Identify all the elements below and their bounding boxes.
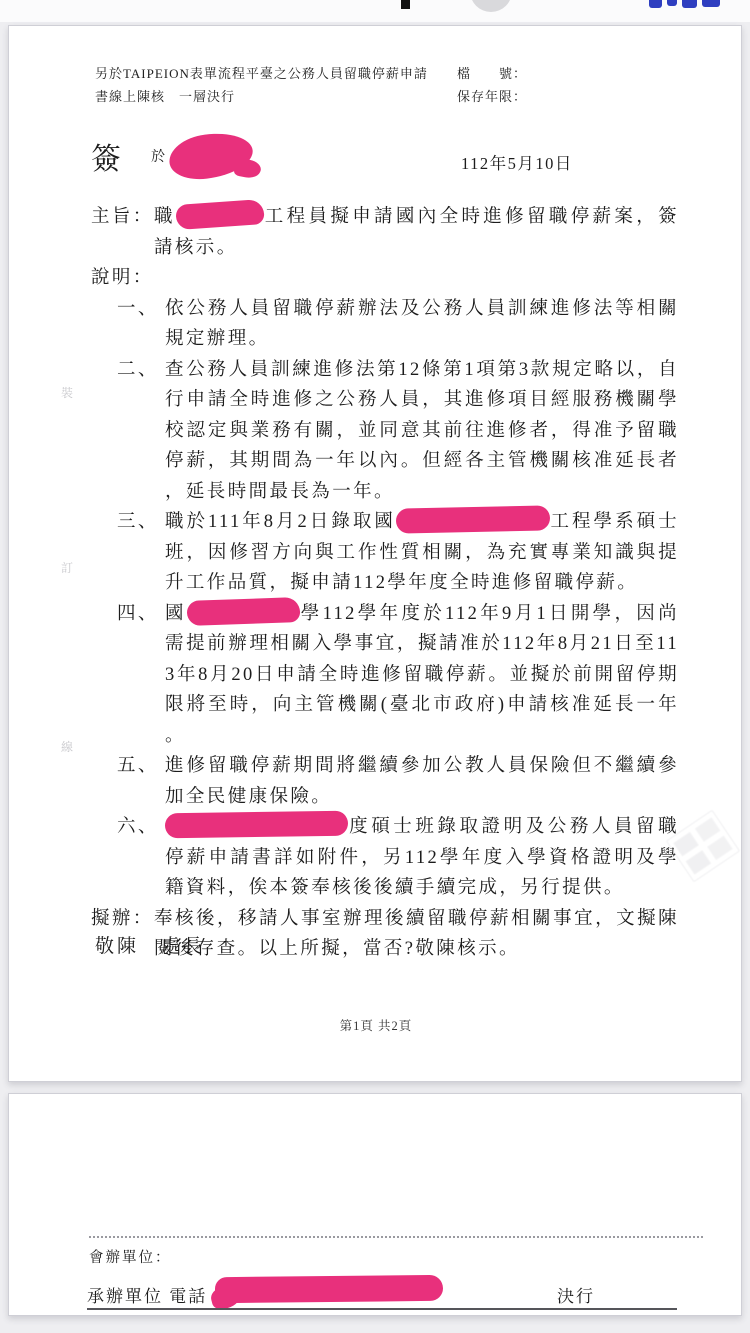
subject-text: 職工程員擬申請國內全時進修留職停薪案，簽請核示。 <box>154 202 679 263</box>
item-text: 依公務人員留職停薪辦法及公務人員訓練進修法等相關規定辦理。 <box>165 294 679 355</box>
redaction-blob-school <box>396 505 550 533</box>
doc-date: 112年5月10日 <box>461 150 573 174</box>
list-item: 五、 進修留職停薪期間將繼續參加公教人員保險但不繼續參加全民健康保險。 <box>117 751 679 812</box>
list-item: 四、 國學112學年度於112年9月1日開學，因尚需提前辦理相關入學事宜，擬請准… <box>117 599 679 752</box>
item-text: 查公務人員訓練進修法第12條第1項第3款規定略以，自行申請全時進修之公務人員，其… <box>165 355 679 508</box>
item-text-pre: 國 <box>165 604 187 624</box>
item-number: 一、 <box>117 294 165 355</box>
retention-period-label: 保存年限： <box>457 85 527 108</box>
header-file-fields: 檔 號： 保存年限： <box>457 62 527 108</box>
item-number: 四、 <box>117 599 165 752</box>
redaction-blob-name <box>175 199 265 230</box>
list-item: 二、 查公務人員訓練進修法第12條第1項第3款規定略以，自行申請全時進修之公務人… <box>117 355 679 508</box>
respectfully-submitted-line: 敬陳 處長 <box>95 931 205 958</box>
item-text: 職於111年8月2日錄取國工程學系碩士班，因修習方向與工作性質相關，為充實專業知… <box>165 507 679 599</box>
item-text: 進修留職停薪期間將繼續參加公教人員保險但不繼續參加全民健康保險。 <box>165 751 679 812</box>
item-text-post: 學112學年度於112年9月1日開學，因尚需提前辦理相關入學事宜，擬請准於112… <box>165 604 679 746</box>
list-item: 六、 度碩士班錄取證明及公務人員留職停薪申請書詳如附件，另112學年度入學資格證… <box>117 812 679 904</box>
item-number: 六、 <box>117 812 165 904</box>
clipped-glyph-fragment <box>401 0 410 9</box>
co-organizer-label: 會辦單位： <box>89 1246 172 1267</box>
subject-text-pre: 職 <box>154 207 176 227</box>
handling-unit-label: 承辦單位 電話 <box>87 1287 207 1306</box>
doc-type-title: 簽 <box>91 143 127 176</box>
list-item: 一、 依公務人員留職停薪辦法及公務人員訓練進修法等相關規定辦理。 <box>117 294 679 355</box>
redaction-blob-signer <box>167 129 256 183</box>
item-text: 度碩士班錄取證明及公務人員留職停薪申請書詳如附件，另112學年度入學資格證明及學… <box>165 812 679 904</box>
list-item: 三、 職於111年8月2日錄取國工程學系碩士班，因修習方向與工作性質相關，為充實… <box>117 507 679 599</box>
subject-label: 主旨： <box>91 202 154 263</box>
explanation-items: 一、 依公務人員留職停薪辦法及公務人員訓練進修法等相關規定辦理。 二、 查公務人… <box>117 294 679 904</box>
item-text: 國學112學年度於112年9月1日開學，因尚需提前辦理相關入學事宜，擬請准於11… <box>165 599 679 752</box>
item-text-pre: 職於111年8月2日錄取國 <box>165 512 396 532</box>
header-note-line2: 書線上陳核 一層決行 <box>95 85 428 108</box>
at-label: 於 <box>151 146 165 166</box>
item-number: 五、 <box>117 751 165 812</box>
redaction-blob-university <box>186 597 300 626</box>
binding-margin-mark: 訂 <box>61 559 73 576</box>
document-page-2: 會辦單位： 承辦單位 電話 決行 <box>8 1093 742 1316</box>
proposal-text: 奉核後，移請人事室辦理後續留職停薪相關事宜，文擬陳閱後存查。以上所擬，當否?敬陳… <box>154 904 679 965</box>
binding-margin-mark: 裝 <box>61 384 73 401</box>
clipped-circle-icon <box>470 0 512 12</box>
header-note-line1: 另於TAIPEION表單流程平臺之公務人員留職停薪申請 <box>95 62 428 85</box>
signature-line <box>87 1308 677 1310</box>
clipped-blue-text-fragment <box>649 0 720 9</box>
clipped-toolbar-strip <box>0 0 750 22</box>
document-page-1: 另於TAIPEION表單流程平臺之公務人員留職停薪申請 書線上陳核 一層決行 檔… <box>8 25 742 1082</box>
binding-margin-mark: 線 <box>61 738 73 755</box>
item-number: 二、 <box>117 355 165 508</box>
redaction-blob-program <box>165 811 348 839</box>
item-number: 三、 <box>117 507 165 599</box>
file-number-label: 檔 號： <box>457 62 527 85</box>
header-workflow-note: 另於TAIPEION表單流程平臺之公務人員留職停薪申請 書線上陳核 一層決行 <box>95 62 428 108</box>
document-body: 主旨： 職工程員擬申請國內全時進修留職停薪案，簽請核示。 說明： 一、 依公務人… <box>91 202 679 965</box>
subject-paragraph: 主旨： 職工程員擬申請國內全時進修留職停薪案，簽請核示。 <box>91 202 679 263</box>
doc-title-row: 簽 於 112年5月10日 <box>91 134 677 194</box>
final-approval-label: 決行 <box>557 1282 595 1307</box>
page-number-footer: 第1頁 共2頁 <box>9 1016 743 1034</box>
handling-unit-row: 承辦單位 電話 決行 <box>87 1282 677 1307</box>
dotted-separator <box>89 1236 703 1238</box>
redaction-blob-phone <box>215 1275 443 1303</box>
explanation-label: 說明： <box>91 263 679 294</box>
